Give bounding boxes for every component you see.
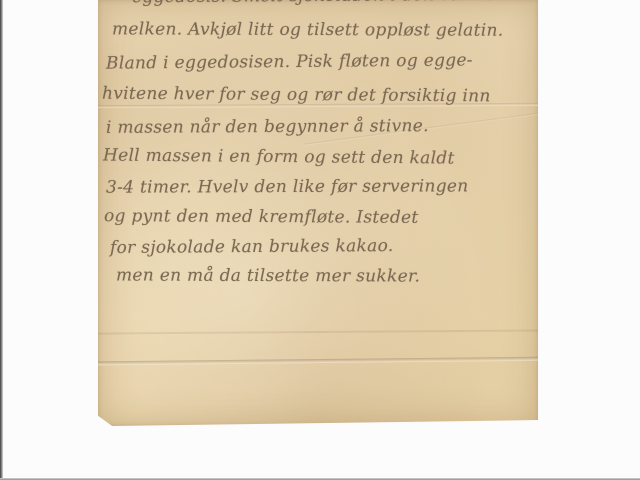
handwritten-line: Bland i eggedosisen. Pisk fløten og egge… (106, 50, 473, 73)
scan-edge-shadow-left (0, 0, 3, 480)
handwritten-line: hvitene hver for seg og rør det forsikti… (102, 84, 491, 107)
handwritten-line: Hell massen i en form og sett den kaldt (103, 145, 455, 168)
handwritten-line: 3-4 timer. Hvelv den like før serveringe… (106, 176, 469, 197)
handwritten-line: eggedosis. Smelt sjokoladen i den varme (132, 0, 496, 7)
handwritten-line: melken. Avkjøl litt og tilsett oppløst g… (112, 19, 504, 40)
handwritten-line: men en må da tilsette mer sukker. (116, 265, 420, 286)
scanned-document-image: eggedosis. Smelt sjokoladen i den varme … (0, 0, 640, 480)
handwritten-line: for sjokolade kan brukes kakao. (110, 236, 394, 258)
handwritten-line: og pynt den med kremfløte. Istedet (104, 206, 419, 228)
paper-sheet: eggedosis. Smelt sjokoladen i den varme … (98, 0, 538, 426)
handwritten-line: i massen når den begynner å stivne. (106, 116, 429, 138)
handwriting-block: eggedosis. Smelt sjokoladen i den varme … (98, 0, 538, 426)
